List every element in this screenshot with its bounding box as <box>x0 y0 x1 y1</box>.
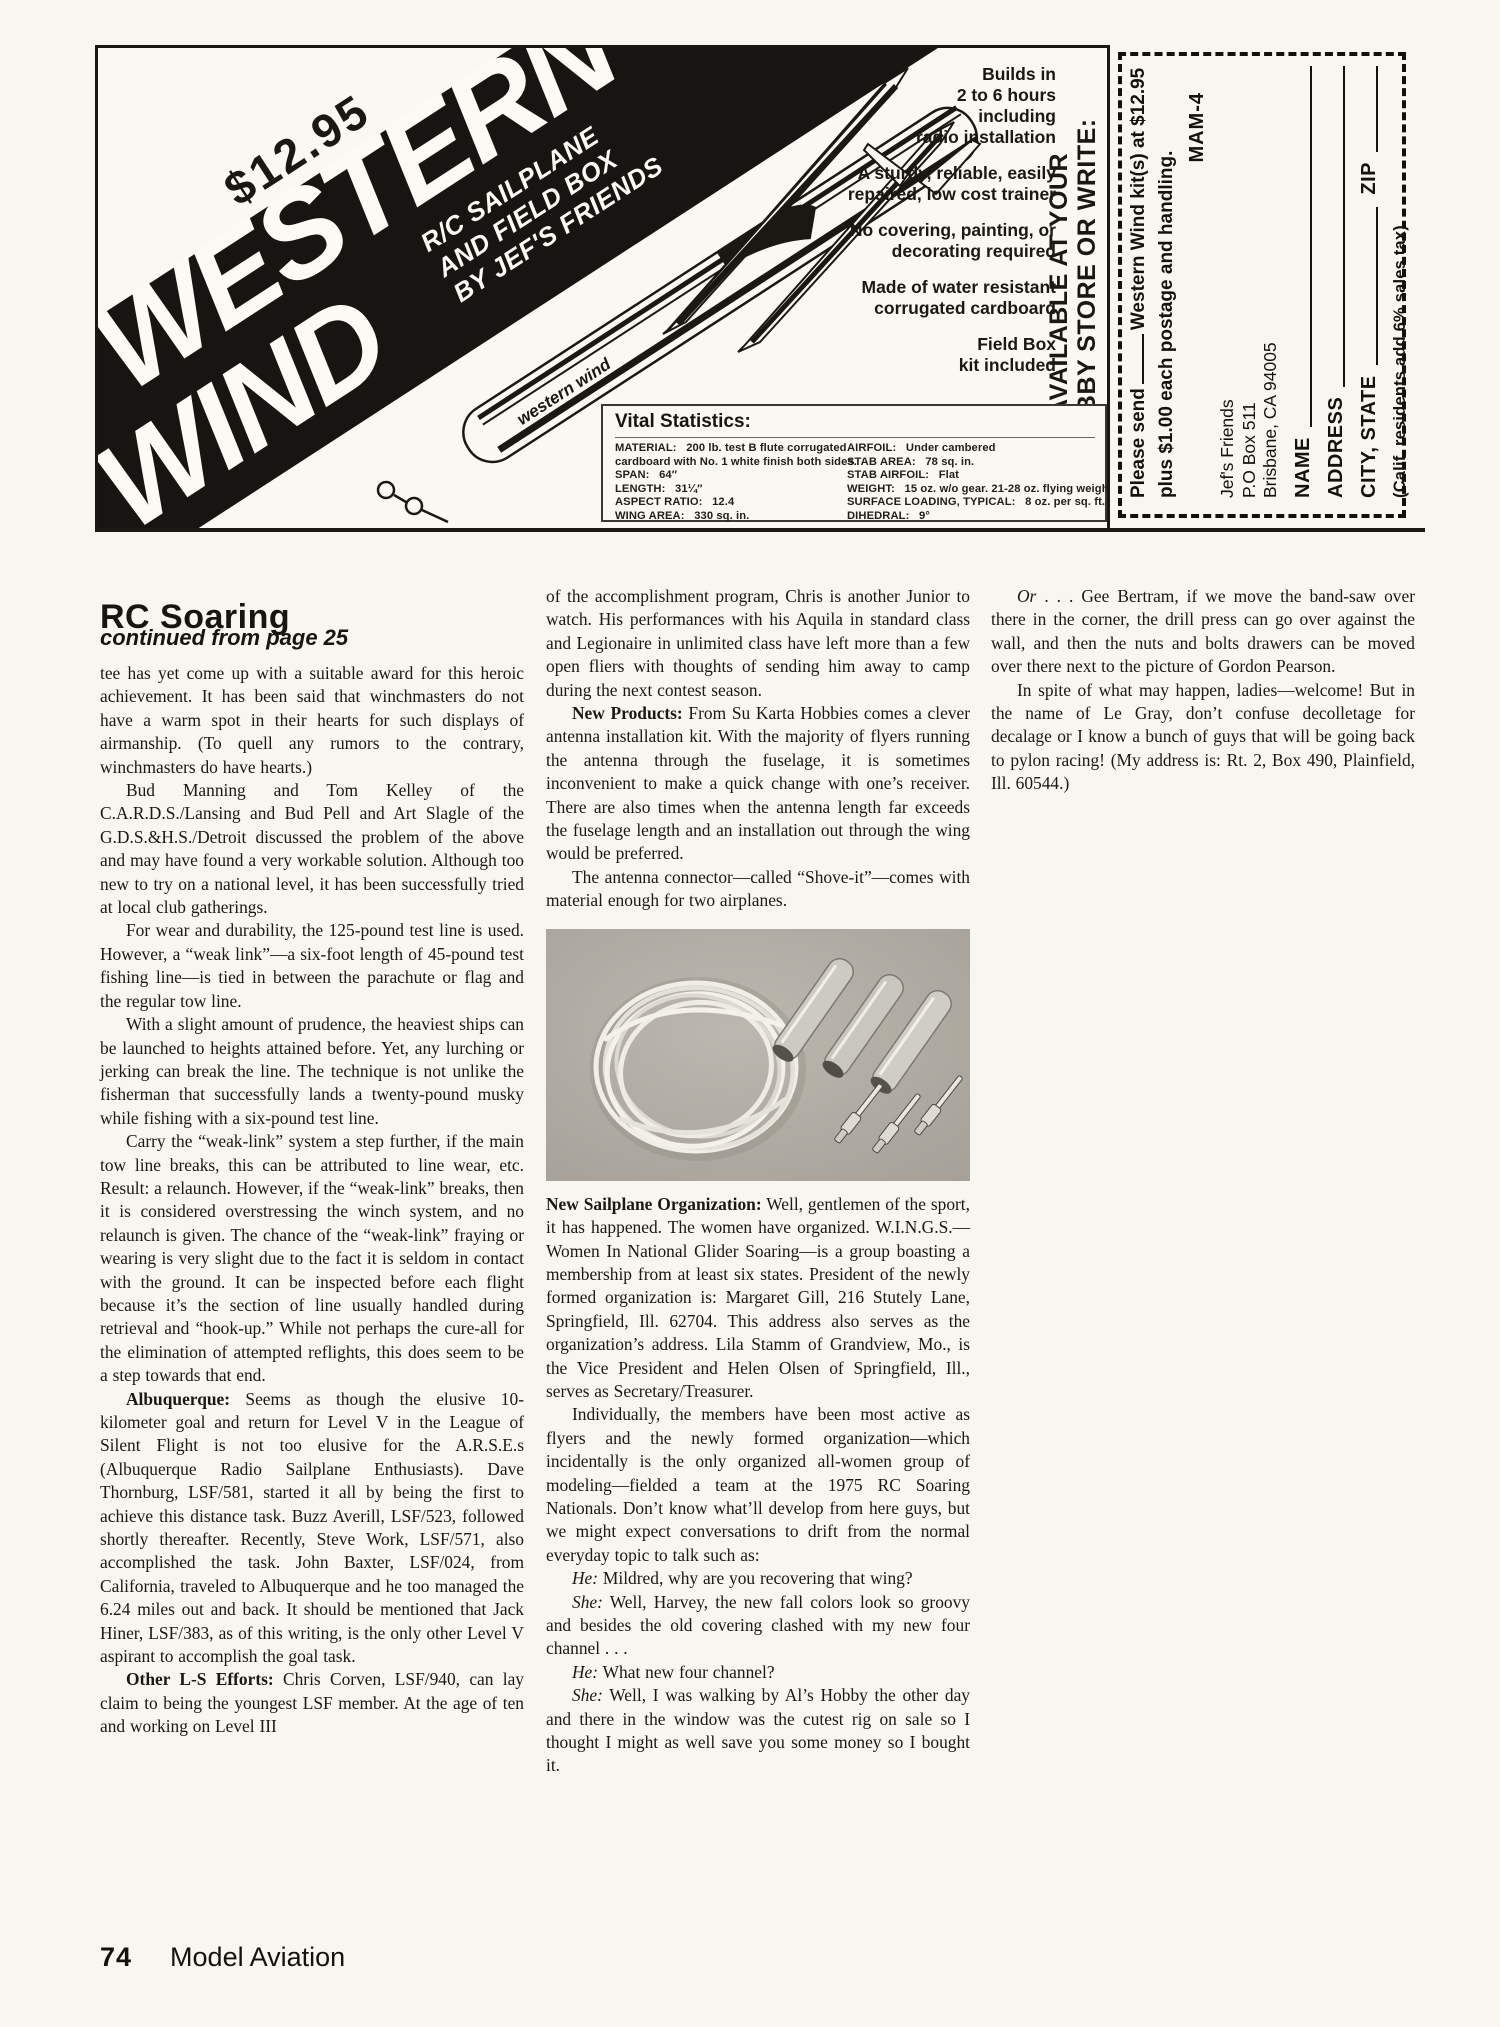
coupon-mailing-address: Jef's FriendsP.O Box 511Brisbane, CA 940… <box>1217 64 1282 498</box>
fuselage-label: western wind <box>514 354 615 429</box>
article-paragraph: The antenna connector—called “Shove-it”—… <box>546 866 970 913</box>
paragraph-text: Carry the “weak-link” system a step furt… <box>100 1131 524 1385</box>
vital-statistics-line: AIRFOIL: Under cambered <box>847 442 1110 456</box>
article-column-3: Or . . . Gee Bertram, if we move the ban… <box>991 585 1415 796</box>
paragraph-text: . . . Gee Bertram, if we move the band-s… <box>991 586 1415 676</box>
article-paragraph: New Sailplane Organization: Well, gentle… <box>546 1193 970 1404</box>
vital-statistics-left-column: MATERIAL: 200 lb. test B flute corrugate… <box>615 442 847 524</box>
article-paragraph: She: Well, I was walking by Al’s Hobby t… <box>546 1684 970 1778</box>
paragraph-text: Bud Manning and Tom Kelley of the C.A.R.… <box>100 780 524 917</box>
ad-feature-line: No covering, painting, or <box>738 220 1056 241</box>
article-subtitle: continued from page 25 <box>100 625 348 651</box>
ad-feature: Builds in2 to 6 hoursincludingradio inst… <box>738 64 1056 148</box>
vital-statistics-right-column: AIRFOIL: Under camberedSTAB AREA: 78 sq.… <box>847 442 1110 524</box>
article-paragraph: He: Mildred, why are you recovering that… <box>546 1567 970 1590</box>
paragraph-text: tee has yet come up with a suitable awar… <box>100 663 524 777</box>
coupon-field: CITY, STATEZIP <box>1358 64 1381 498</box>
vital-statistics-line: LENGTH: 31¼″ <box>615 483 847 497</box>
coupon-order-line-post: Western Wind kit(s) at $12.95 <box>1128 68 1149 330</box>
vital-statistics-line: STAB AREA: 78 sq. in. <box>847 456 1110 470</box>
article-paragraph: Other L-S Efforts: Chris Corven, LSF/940… <box>100 1668 524 1738</box>
magazine-name: Model Aviation <box>170 1942 345 1972</box>
paragraph-text: What new four channel? <box>598 1662 774 1682</box>
coupon-postage-line: plus $1.00 each postage and handling. <box>1156 64 1178 498</box>
ad-feature-line: kit included <box>738 355 1056 376</box>
ad-bottom-rule <box>95 528 1425 532</box>
ad-feature-list: Builds in2 to 6 hoursincludingradio inst… <box>738 64 1056 391</box>
paragraph-text: With a slight amount of prudence, the he… <box>100 1014 524 1128</box>
article-paragraph: New Products: From Su Karta Hobbies come… <box>546 702 970 866</box>
quantity-blank-field[interactable] <box>1129 334 1144 384</box>
article-paragraph: In spite of what may happen, ladies—welc… <box>991 679 1415 796</box>
ad-feature-line: including <box>738 106 1056 127</box>
vital-statistics-line: cardboard with No. 1 white finish both s… <box>615 456 847 470</box>
coupon-content: Please sendWestern Wind kit(s) at $12.95… <box>1122 60 1398 512</box>
paragraph-text: Well, Harvey, the new fall colors look s… <box>546 1592 970 1659</box>
coupon-tax-note: (Calif. residents add 6% sales tax) <box>1391 64 1410 498</box>
article-paragraph: of the accomplishment program, Chris is … <box>546 585 970 702</box>
paragraph-text: of the accomplishment program, Chris is … <box>546 586 970 700</box>
vital-statistics-line: MATERIAL: 200 lb. test B flute corrugate… <box>615 442 847 456</box>
article-paragraph: tee has yet come up with a suitable awar… <box>100 662 524 779</box>
paragraph-text: Mildred, why are you recovering that win… <box>598 1568 913 1588</box>
ad-feature: Field Boxkit included <box>738 334 1056 376</box>
ad-feature-line: Field Box <box>738 334 1056 355</box>
vital-statistics-line: DIHEDRAL: 9° <box>847 510 1110 524</box>
coupon-field-fill-line[interactable] <box>1374 207 1378 366</box>
article-paragraph: She: Well, Harvey, the new fall colors l… <box>546 1591 970 1661</box>
coupon-field-label: CITY, STATE <box>1358 375 1381 498</box>
page-number: 74 <box>100 1942 132 1972</box>
vital-statistics-title: Vital Statistics: <box>615 411 1095 438</box>
article-paragraph: With a slight amount of prudence, the he… <box>100 1013 524 1130</box>
coupon-field: NAME <box>1292 64 1315 498</box>
paragraph-lead: Other L-S Efforts: <box>126 1669 274 1689</box>
coupon-field-fill-line[interactable] <box>1308 66 1312 427</box>
article-paragraph: Individually, the members have been most… <box>546 1403 970 1567</box>
article-column-2: of the accomplishment program, Chris is … <box>546 585 970 1778</box>
vital-statistics-line: SURFACE LOADING, TYPICAL: 8 oz. per sq. … <box>847 496 1110 510</box>
ad-feature: A sturdy, reliable, easilyrepaired, low … <box>738 163 1056 205</box>
ad-feature-line: decorating required <box>738 241 1056 262</box>
ad-feature-line: 2 to 6 hours <box>738 85 1056 106</box>
ad-feature-line: Made of water resistant <box>738 277 1056 298</box>
antenna-kit-photo-image <box>546 929 970 1181</box>
coupon-field: ADDRESS <box>1325 64 1348 498</box>
vital-statistics-line: ASPECT RATIO: 12.4 <box>615 496 847 510</box>
coupon-field-fill-line[interactable] <box>1374 66 1378 152</box>
article-paragraph: Carry the “weak-link” system a step furt… <box>100 1130 524 1387</box>
paragraph-lead: Or <box>1017 586 1036 606</box>
magazine-page: { "ad": { "price": "$12.95", "banner": {… <box>0 0 1500 2027</box>
paragraph-lead: He: <box>572 1662 598 1682</box>
paragraph-text: For wear and durability, the 125-pound t… <box>100 920 524 1010</box>
coupon-address-line: Brisbane, CA 94005 <box>1260 64 1282 498</box>
coupon-field-label: ZIP <box>1358 162 1381 195</box>
western-wind-ad: WESTERN WIND R/C SAILPLANE AND FIELD BOX… <box>95 45 1110 531</box>
paragraph-text: From Su Karta Hobbies comes a clever ant… <box>546 703 970 863</box>
paragraph-text: Well, gentlemen of the sport, it has hap… <box>546 1194 970 1401</box>
paragraph-lead: She: <box>572 1685 603 1705</box>
article-paragraph: Or . . . Gee Bertram, if we move the ban… <box>991 585 1415 679</box>
vital-statistics-line: WING AREA: 330 sq. in. <box>615 510 847 524</box>
ad-feature-line: repaired, low cost trainer <box>738 184 1056 205</box>
paragraph-text: Well, I was walking by Al’s Hobby the ot… <box>546 1685 970 1775</box>
paragraph-text: Seems as though the elusive 10-kilometer… <box>100 1389 524 1666</box>
ad-feature-line: radio installation <box>738 127 1056 148</box>
article-paragraph: Albuquerque: Seems as though the elusive… <box>100 1388 524 1669</box>
ad-feature-line: corrugated cardboard <box>738 298 1056 319</box>
paragraph-text: The antenna connector—called “Shove-it”—… <box>546 867 970 910</box>
article-paragraph: Bud Manning and Tom Kelley of the C.A.R.… <box>100 779 524 919</box>
tow-rings-icon <box>378 482 448 522</box>
coupon-order-line: Please sendWestern Wind kit(s) at $12.95 <box>1128 64 1150 498</box>
paragraph-lead: Albuquerque: <box>126 1389 230 1409</box>
ad-feature-line: Builds in <box>738 64 1056 85</box>
paragraph-lead: New Products: <box>572 703 683 723</box>
vital-statistics-box: Vital Statistics: MATERIAL: 200 lb. test… <box>601 404 1107 522</box>
article-paragraph: For wear and durability, the 125-pound t… <box>100 919 524 1013</box>
coupon-field-fill-line[interactable] <box>1341 66 1345 387</box>
coupon-code: MAM-4 <box>1186 64 1209 498</box>
paragraph-lead: She: <box>572 1592 603 1612</box>
mail-order-coupon: Please sendWestern Wind kit(s) at $12.95… <box>1118 52 1406 518</box>
vital-statistics-line: STAB AIRFOIL: Flat <box>847 469 1110 483</box>
coupon-field-label: ADDRESS <box>1325 397 1348 498</box>
ad-feature-line: A sturdy, reliable, easily <box>738 163 1056 184</box>
coupon-fields: NAMEADDRESSCITY, STATEZIP <box>1292 64 1391 498</box>
coupon-address-line: P.O Box 511 <box>1239 64 1261 498</box>
article-column-1: tee has yet come up with a suitable awar… <box>100 662 524 1739</box>
paragraph-lead: New Sailplane Organization: <box>546 1194 762 1214</box>
coupon-field-label: NAME <box>1292 437 1315 498</box>
antenna-kit-photo <box>546 929 970 1181</box>
ad-feature: Made of water resistantcorrugated cardbo… <box>738 277 1056 319</box>
paragraph-text: In spite of what may happen, ladies—welc… <box>991 680 1415 794</box>
coupon-order-line-pre: Please send <box>1128 388 1149 498</box>
paragraph-text: Individually, the members have been most… <box>546 1404 970 1564</box>
article-paragraph: He: What new four channel? <box>546 1661 970 1684</box>
vital-statistics-line: SPAN: 64″ <box>615 469 847 483</box>
ad-feature: No covering, painting, ordecorating requ… <box>738 220 1056 262</box>
page-footer: 74Model Aviation <box>100 1942 345 1973</box>
coupon-address-line: Jef's Friends <box>1217 64 1239 498</box>
vital-statistics-line: WEIGHT: 15 oz. w/o gear. 21-28 oz. flyin… <box>847 483 1110 497</box>
paragraph-lead: He: <box>572 1568 598 1588</box>
